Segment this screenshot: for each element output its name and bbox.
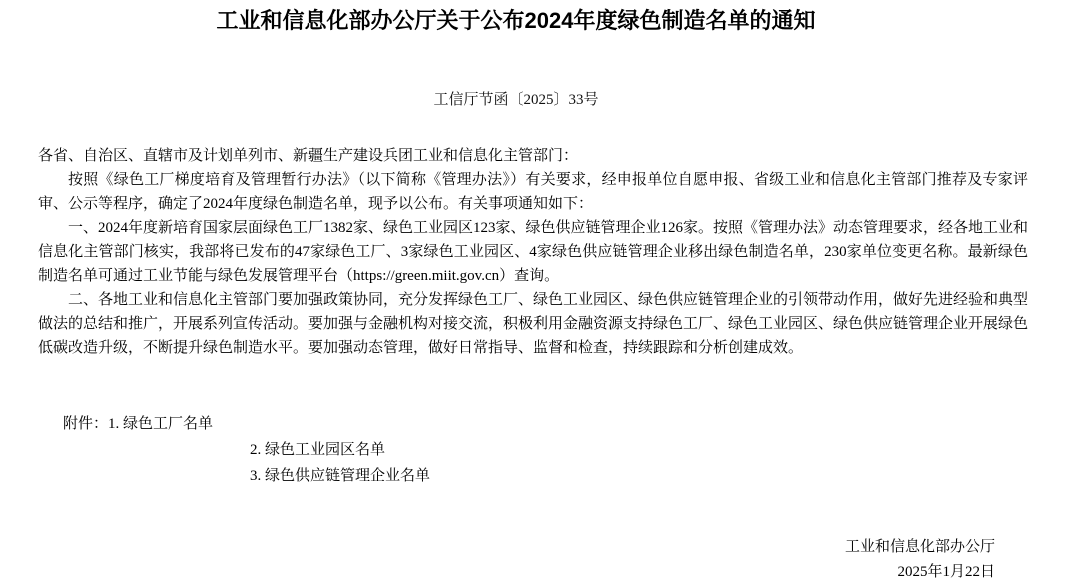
paragraph-item-1-tail: ）查询。 — [499, 268, 559, 284]
attachment-item-1-label: 1. 绿色工厂名单 — [108, 416, 213, 432]
attachments-block: 附件：1. 绿色工厂名单 2. 绿色工业园区名单 3. 绿色供应链管理企业名单 — [38, 411, 1032, 489]
attachment-item-2: 2. 绿色工业园区名单 — [250, 437, 1032, 463]
attachments-label: 附件： — [63, 416, 108, 432]
notice-document: 工业和信息化部办公厅关于公布2024年度绿色制造名单的通知 工信厅节函〔2025… — [0, 8, 1032, 584]
page: { "page": { "background_color": "#ffffff… — [0, 0, 1080, 584]
document-title: 工业和信息化部办公厅关于公布2024年度绿色制造名单的通知 — [0, 8, 1032, 34]
attachment-item-3: 3. 绿色供应链管理企业名单 — [250, 463, 1032, 489]
salutation-line: 各省、自治区、直辖市及计划单列市、新疆生产建设兵团工业和信息化主管部门： — [38, 144, 1028, 168]
document-body: 各省、自治区、直辖市及计划单列市、新疆生产建设兵团工业和信息化主管部门： 按照《… — [38, 144, 1028, 360]
platform-url: https://green.miit.gov.cn — [353, 268, 499, 284]
issuer-name: 工业和信息化部办公厅 — [0, 535, 995, 560]
signature-block: 工业和信息化部办公厅 2025年1月22日 — [0, 535, 1032, 584]
issue-date: 2025年1月22日 — [0, 560, 995, 584]
paragraph-intro: 按照《绿色工厂梯度培育及管理暂行办法》（以下简称《管理办法》）有关要求，经申报单… — [38, 168, 1028, 216]
paragraph-item-2: 二、各地工业和信息化主管部门要加强政策协同，充分发挥绿色工厂、绿色工业园区、绿色… — [38, 288, 1028, 360]
document-number: 工信厅节函〔2025〕33号 — [0, 93, 1032, 108]
paragraph-item-1: 一、2024年度新培育国家层面绿色工厂1382家、绿色工业园区123家、绿色供应… — [38, 216, 1028, 288]
attachment-item-1: 附件：1. 绿色工厂名单 — [63, 411, 1032, 437]
